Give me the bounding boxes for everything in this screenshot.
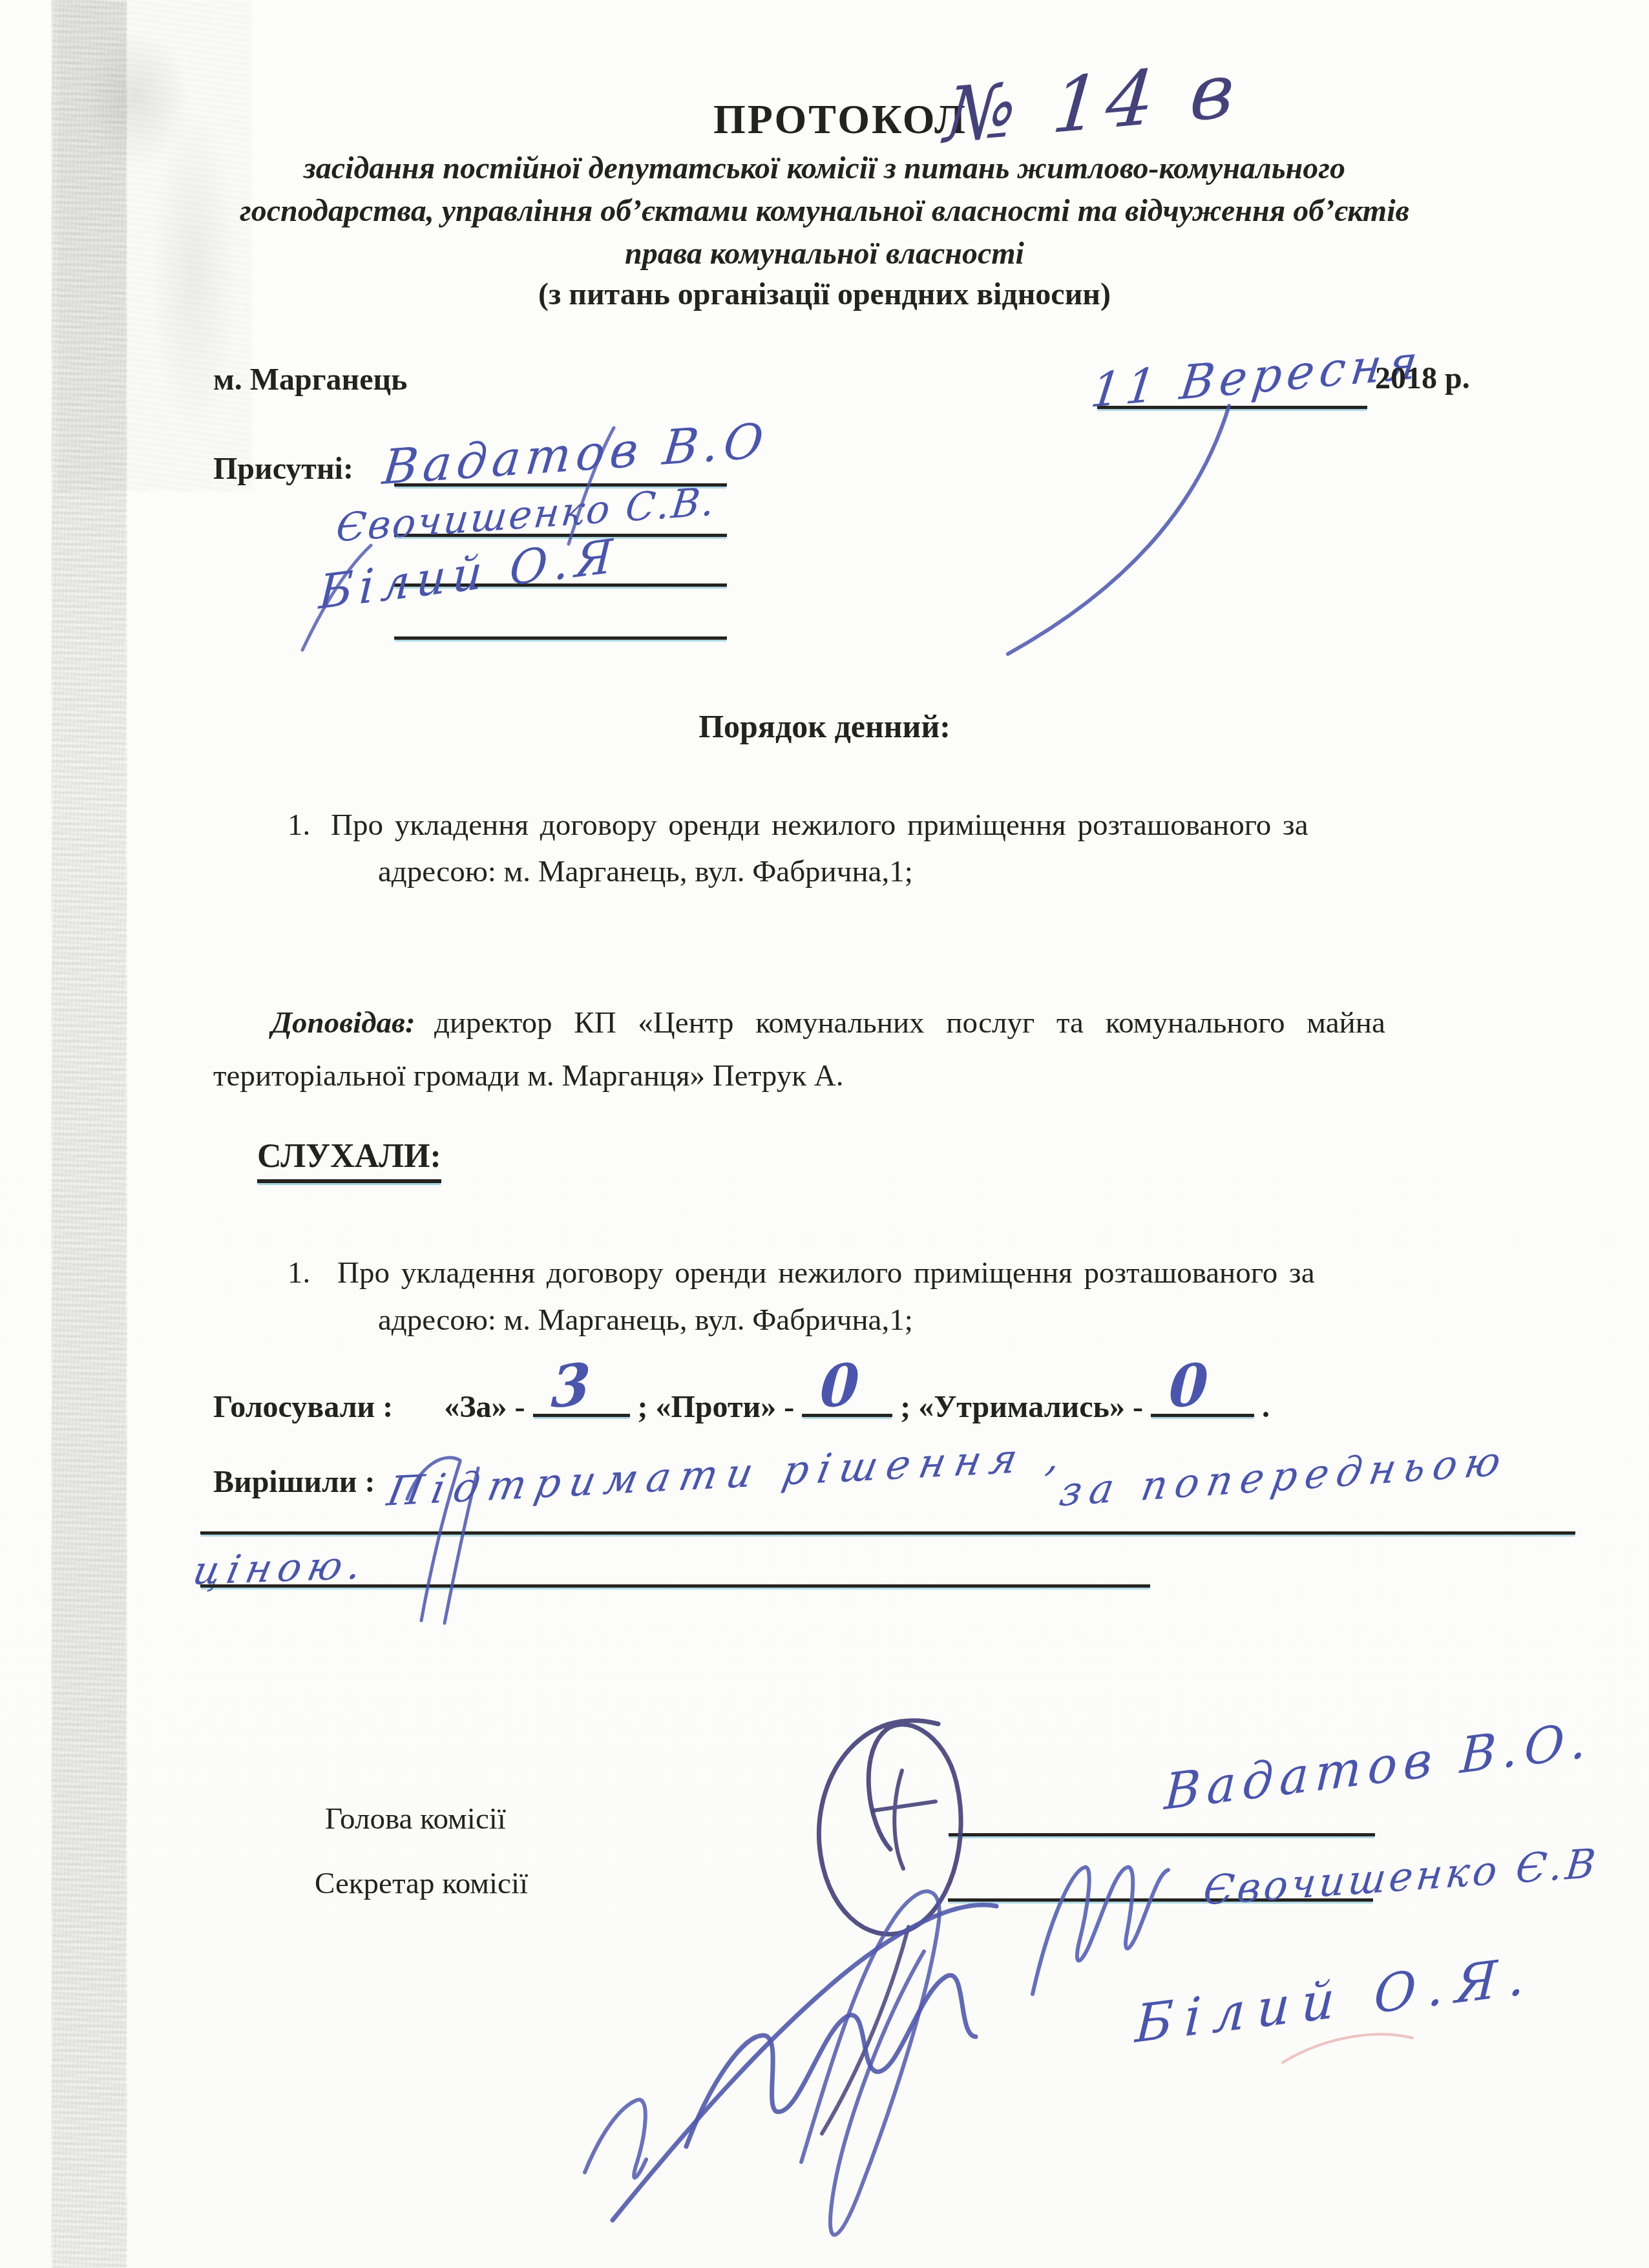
handwritten-chairman-name: Вадатов В.О. <box>1163 1710 1594 1822</box>
voting-row: Голосували : «За» - 3 ; «Проти» - 0 ; «У… <box>213 1389 1270 1425</box>
handwritten-protocol-number: № 14 в <box>941 46 1245 160</box>
bottom-signature-tall-loops <box>801 1891 940 2235</box>
bottom-signature-sweep <box>613 1905 996 2220</box>
handwritten-decision-part-1: Підтримати рішення , <box>384 1432 1074 1515</box>
agenda-item-number: 1. <box>288 808 310 843</box>
handwritten-member-name: Білий О.Я. <box>1134 1944 1538 2054</box>
agenda-item-line-2: адресою: м. Марганець, вул. Фабрична,1; <box>378 854 913 889</box>
chairman-signature-scribble <box>819 1721 961 1935</box>
bottom-signature-lead-in <box>585 2100 646 2178</box>
decision-label: Вирішили : <box>213 1464 375 1500</box>
agenda-item-line-1: Про укладення договору оренди нежилого п… <box>331 808 1308 843</box>
handwritten-vote-abstained: 0 <box>1168 1349 1210 1421</box>
heard-heading: СЛУХАЛИ: <box>257 1137 441 1183</box>
heard-item-number: 1. <box>288 1255 310 1290</box>
reporter-label: Доповідав: <box>271 1005 415 1040</box>
bottom-signature-loops <box>686 1975 976 2147</box>
voting-end-period: . <box>1262 1390 1270 1424</box>
secretary-initials-scribble <box>1033 1867 1168 1994</box>
voting-for-blank: 3 <box>533 1414 630 1417</box>
pink-scan-artifact <box>1283 2034 1413 2063</box>
year-label: 2018 р. <box>1375 361 1470 396</box>
subtitle-line-2: господарства, управління об’єктами комун… <box>133 190 1516 233</box>
secretary-label: Секретар комісії <box>315 1866 528 1901</box>
document-title: ПРОТОКОЛ <box>713 96 967 143</box>
subtitle-line-3: права комунальної власності <box>133 233 1516 275</box>
decision-blank-line-1 <box>200 1531 1575 1535</box>
heard-item-line-2: адресою: м. Марганець, вул. Фабрична,1; <box>378 1303 913 1338</box>
heard-item-line-1: Про укладення договору оренди нежилого п… <box>337 1255 1315 1290</box>
decision-blank-line-2 <box>200 1584 1150 1588</box>
chairman-signature-inner-stroke <box>874 1770 936 1869</box>
voting-for-label: «За» - <box>444 1390 525 1424</box>
chairman-label: Голова комісії <box>325 1801 506 1836</box>
chairman-signature-line <box>949 1833 1375 1836</box>
handwritten-vote-for: 3 <box>550 1349 592 1421</box>
present-label: Присутні: <box>213 451 353 487</box>
subtitle-note: (з питань організації орендних відносин) <box>133 277 1516 312</box>
voting-against-blank: 0 <box>802 1414 892 1417</box>
present-blank-line-4 <box>394 636 727 640</box>
subtitle-line-1: засідання постійної депутатської комісії… <box>133 147 1516 190</box>
voting-abstained-blank: 0 <box>1151 1414 1254 1417</box>
reporter-line-2: територіальної громади м. Марганця» Петр… <box>213 1058 843 1093</box>
city-label: м. Марганець <box>213 362 408 397</box>
handwritten-vote-against: 0 <box>819 1349 861 1421</box>
scanned-protocol-page: ПРОТОКОЛ № 14 в засідання постійної депу… <box>0 0 1649 2268</box>
voting-sep-1: ; «Проти» - <box>638 1390 795 1424</box>
handwritten-secretary-name: Євочишенко Є.В <box>1201 1839 1601 1914</box>
agenda-heading: Порядок денний: <box>133 708 1516 745</box>
voting-sep-2: ; «Утримались» - <box>900 1390 1143 1424</box>
chairman-signature-tail <box>822 1927 909 2134</box>
voting-label: Голосували : <box>213 1390 393 1424</box>
reporter-line-1: директор КП «Центр комунальних послуг та… <box>434 1005 1385 1040</box>
handwritten-decision-part-2: за попередньою <box>1056 1436 1512 1516</box>
date-flourish-stroke <box>1008 406 1229 654</box>
